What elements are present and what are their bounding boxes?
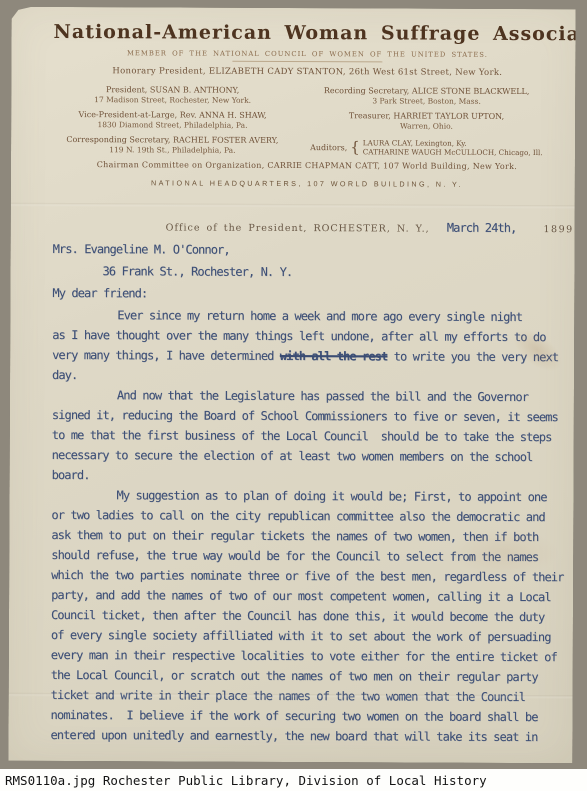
officer-title: President, SUSAN B. ANTHONY,	[106, 85, 239, 95]
salutation: My dear friend:	[52, 283, 560, 305]
headquarters-line: NATIONAL HEADQUARTERS, 107 WORLD BUILDIN…	[53, 178, 561, 189]
member-line: MEMBER OF THE NATIONAL COUNCIL OF WOMEN …	[53, 49, 561, 59]
org-name: National-American Woman Suffrage Associa…	[53, 21, 561, 45]
letter-line: should refuse, the true way would be for…	[51, 545, 559, 567]
auditor-name: CATHARINE WAUGH McCULLOCH, Chicago, Ill.	[363, 147, 543, 157]
dateline-year: 1899.	[543, 224, 578, 235]
letter-line: And now that the Legislature has passed …	[52, 385, 560, 407]
officer-address: 17 Madison Street, Rochester, New York.	[94, 95, 251, 105]
officer-entry: Auditors,{LAURA CLAY, Lexington, Ky.CATH…	[292, 136, 561, 157]
letter-line: the Local Council, or scratch out the na…	[51, 665, 559, 687]
letter-line: nominates. I believe if the work of secu…	[51, 705, 559, 727]
caption-bar: RMS0110a.jpg Rochester Public Library, D…	[0, 769, 587, 791]
letter-line: ticket and write in their place the name…	[51, 685, 559, 707]
dateline-date: March 24th,	[447, 221, 517, 235]
letter-line: signed it, reducing the Board of School …	[52, 405, 560, 427]
letter-line: day.	[52, 365, 560, 387]
dateline: Office of the President, ROCHESTER, N. Y…	[53, 215, 561, 238]
dateline-printed: Office of the President, ROCHESTER, N. Y…	[166, 222, 430, 234]
auditors-label: Auditors,	[310, 143, 347, 152]
letter-line: necessary to secure the election of at l…	[52, 445, 560, 467]
letter-line: My suggestion as to plan of doing it wou…	[51, 485, 559, 507]
caption-text: RMS0110a.jpg Rochester Public Library, D…	[0, 773, 487, 788]
recipient-address: 36 Frank St., Rochester, N. Y.	[102, 261, 560, 283]
paper-crease	[11, 203, 575, 209]
letter-body: Ever since my return home a week and mor…	[50, 305, 560, 747]
recipient-name: Mrs. Evangeline M. O'Connor,	[53, 239, 561, 261]
officer-title: Vice-President-at-Large, Rev. ANNA H. SH…	[79, 110, 267, 120]
officer-address: Warren, Ohio.	[400, 121, 453, 130]
chairman-line: Chairman Committee on Organization, CARR…	[53, 160, 561, 171]
officer-entry: Vice-President-at-Large, Rev. ANNA H. SH…	[53, 110, 292, 130]
officer-address: 3 Park Street, Boston, Mass.	[372, 96, 481, 105]
officer-entry: Corresponding Secretary, RACHEL FOSTER A…	[53, 135, 292, 156]
officer-entry: President, SUSAN B. ANTHONY,17 Madison S…	[53, 85, 292, 105]
officer-title: Corresponding Secretary, RACHEL FOSTER A…	[66, 135, 278, 145]
letter-line: Ever since my return home a week and mor…	[52, 305, 560, 327]
officer-address: 119 N. 19th St., Philadelphia, Pa.	[109, 145, 235, 155]
letter-line: party, and add the names of two of our m…	[51, 585, 559, 607]
officer-address: 1830 Diamond Street, Philadelphia, Pa.	[97, 120, 247, 130]
letterhead: National-American Woman Suffrage Associa…	[53, 21, 562, 189]
letter-line: board.	[52, 465, 560, 487]
letter-line: very many things, I have determined with…	[52, 345, 560, 367]
letter-line: of every single society affilliated with…	[51, 625, 559, 647]
officer-entry: Treasurer, HARRIET TAYLOR UPTON,Warren, …	[292, 111, 561, 131]
officer-title: Recording Secretary, ALICE STONE BLACKWE…	[324, 86, 530, 96]
letter-line: ask them to put on their regular tickets…	[51, 525, 559, 547]
letter-line: which the two parties nominate three or …	[51, 565, 559, 587]
letter-paper: National-American Woman Suffrage Associa…	[8, 7, 575, 763]
honorary-president-line: Honorary President, ELIZABETH CADY STANT…	[53, 66, 561, 78]
letter-line: to me that the first business of the Loc…	[52, 425, 560, 447]
scanned-letter: National-American Woman Suffrage Associa…	[0, 0, 587, 791]
letter-line: every man in their respective localities…	[51, 645, 559, 667]
officers-grid: President, SUSAN B. ANTHONY,17 Madison S…	[53, 85, 561, 157]
struck-text: with all the rest	[280, 349, 388, 363]
officer-entry: Recording Secretary, ALICE STONE BLACKWE…	[292, 86, 561, 106]
letter-line: entered upon unitedly and earnestly, the…	[50, 725, 558, 747]
letter-line: as I have thought over the many things l…	[52, 325, 560, 347]
officer-title: Treasurer, HARRIET TAYLOR UPTON,	[349, 111, 504, 121]
letter-line: or two ladies to call on the city republ…	[51, 505, 559, 527]
member-rule	[232, 61, 382, 63]
auditors-brace: {	[350, 140, 360, 155]
letter-line: Council ticket, then after the Council h…	[51, 605, 559, 627]
auditor-name: LAURA CLAY, Lexington, Ky.	[363, 138, 467, 147]
